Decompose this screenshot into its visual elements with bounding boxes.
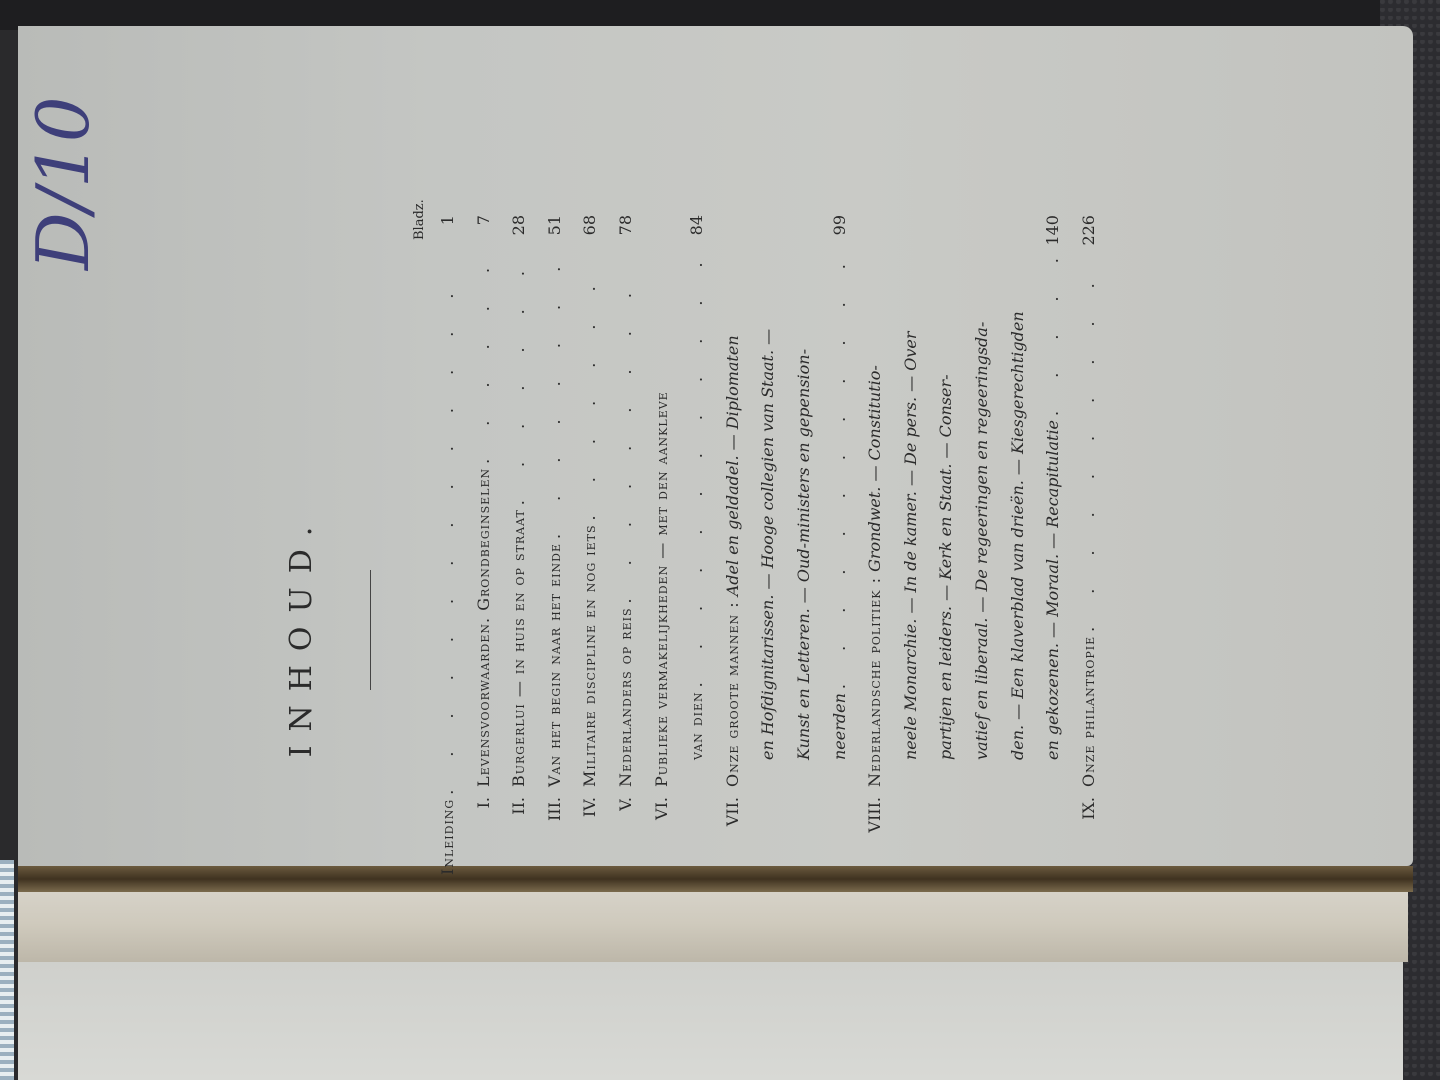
leader-dots: . . . . . . . . . . . . . . . . . . . . … [501, 259, 537, 505]
toc-entry-label: Van het begin naar het einde [537, 543, 573, 787]
toc-entry-continuation: en Hofdignitarissen. — Hooge collegien v… [750, 215, 786, 875]
toc-entry-numeral: VII. [715, 787, 751, 875]
toc-entry-label: Nederlanders op reis [608, 608, 644, 788]
leader-dots: . . . . . . . . . . . . . . . . . . . . … [537, 259, 573, 539]
leader-dots: . . . . . . . . . . . . . . . . . . . . … [1035, 259, 1071, 416]
toc-entry-subtitle: en gekozenen. — Moraal. — Recapitulatie [1035, 420, 1071, 760]
book-spine-fold [18, 892, 1408, 962]
toc-entry-label: Burgerlui — in huis en op straat [501, 509, 537, 787]
toc-list: Inleiding . . . . . . . . . . . . . . . … [430, 215, 1106, 875]
toc-entry-subtitle: Kunst en Letteren. — Oud-ministers en ge… [786, 349, 822, 760]
toc-entry-label: Onze philantropie [1071, 636, 1107, 787]
toc-entry: II. Burgerlui — in huis en op straat . .… [501, 215, 537, 875]
toc-entry-continuation: Kunst en Letteren. — Oud-ministers en ge… [786, 215, 822, 875]
page-title: INHOUD. [280, 395, 319, 875]
toc-entry-label: Militaire discipline en nog iets [572, 524, 608, 787]
toc-entry-continuation: vatief en liberaal. — De regeeringen en … [964, 215, 1000, 875]
toc-entry-numeral: III. [537, 787, 573, 875]
leader-dots: . . . . . . . . . . . . . . . . . . . . … [466, 259, 502, 464]
toc-entry: I. Levensvoorwaarden. Grondbeginselen . … [466, 215, 502, 875]
toc-entry-numeral: IV. [572, 787, 608, 875]
handwritten-shelfmark: D/10 [0, 160, 138, 270]
toc-entry-page: 7 [466, 215, 502, 255]
toc-entry-page: 99 [822, 215, 858, 255]
toc-entry-page: 28 [501, 215, 537, 255]
facing-page [18, 962, 1403, 1080]
toc-entry-continuation: neele Monarchie. — In de kamer. — De per… [893, 215, 929, 875]
toc-entry-page: 84 [679, 215, 715, 255]
toc-entry-label: Nederlandsche politiek : [857, 577, 893, 787]
toc-entry-label: Onze groote mannen : [715, 601, 751, 787]
toc-entry-page: 226 [1071, 215, 1107, 255]
toc-entry-numeral: V. [608, 787, 644, 875]
toc-entry-label: Inleiding [430, 799, 466, 875]
toc-entry-continuation: den. — Een klaverblad van drieën. — Kies… [1000, 215, 1036, 875]
toc-entry-continuation: neerden . . . . . . . . . . . . . . . . … [822, 215, 858, 875]
toc-entry-subtitle: Adel en geldadel. — Diplomaten [715, 335, 751, 596]
toc-entry-page: 1 [430, 215, 466, 255]
toc-entry-subtitle: partijen en leiders. — Kerk en Staat. — … [928, 374, 964, 760]
toc-entry-numeral: II. [501, 787, 537, 875]
table-of-contents: INHOUD. Bladz. Inleiding . . . . . . . .… [280, 15, 1040, 875]
toc-entry: III. Van het begin naar het einde . . . … [537, 215, 573, 875]
toc-entry-continuation: en gekozenen. — Moraal. — Recapitulatie … [1035, 215, 1071, 875]
toc-entry-numeral: IX. [1071, 787, 1107, 875]
leader-dots: . . . . . . . . . . . . . . . . . . . . … [679, 259, 715, 687]
leader-dots: . . . . . . . . . . . . . . . . . . . . … [608, 259, 644, 604]
toc-entry: V. Nederlanders op reis . . . . . . . . … [608, 215, 644, 875]
toc-entry: VII. Onze groote mannen : Adel en geldad… [715, 215, 751, 875]
toc-entry: VI. Publieke vermakelijkheden — met den … [644, 215, 680, 875]
toc-entry-page: 140 [1035, 215, 1071, 255]
leader-dots: . . . . . . . . . . . . . . . . . . . . … [1071, 259, 1107, 632]
toc-entry-label: Levensvoorwaarden. Grondbeginselen [466, 468, 502, 787]
leader-dots: . . . . . . . . . . . . . . . . . . . . … [430, 259, 466, 795]
toc-entry-subtitle: en Hofdignitarissen. — Hooge collegien v… [750, 329, 786, 760]
leader-dots: . . . . . . . . . . . . . . . . . . . . … [572, 259, 608, 520]
book-cover-edge [0, 860, 14, 1080]
toc-entry-subtitle: Grondwet. — Constitutio- [857, 365, 893, 572]
toc-entry-continuation: van dien . . . . . . . . . . . . . . . .… [679, 215, 715, 875]
toc-entry-subtitle: den. — Een klaverblad van drieën. — Kies… [1000, 311, 1036, 760]
toc-entry-label: van dien [679, 691, 715, 760]
toc-entry-page: 68 [572, 215, 608, 255]
toc-entry-subtitle: vatief en liberaal. — De regeeringen en … [964, 322, 1000, 760]
toc-entry-numeral: VI. [644, 787, 680, 875]
page-column-header: Bladz. [412, 199, 427, 240]
toc-entry-page: 51 [537, 215, 573, 255]
toc-entry: IX. Onze philantropie . . . . . . . . . … [1071, 215, 1107, 875]
toc-entry: Inleiding . . . . . . . . . . . . . . . … [430, 215, 466, 875]
toc-entry: VIII. Nederlandsche politiek : Grondwet.… [857, 215, 893, 875]
toc-entry-label: Publieke vermakelijkheden — met den aank… [644, 391, 680, 787]
leader-dots: . . . . . . . . . . . . . . . . . . . . … [822, 259, 858, 689]
toc-entry-subtitle: neerden [822, 693, 858, 760]
toc-entry-numeral: VIII. [857, 787, 893, 875]
toc-entry-page: 78 [608, 215, 644, 255]
toc-entry-subtitle: neele Monarchie. — In de kamer. — De per… [893, 331, 929, 760]
toc-entry-continuation: partijen en leiders. — Kerk en Staat. — … [928, 215, 964, 875]
toc-entry-numeral: I. [466, 787, 502, 875]
title-rule [370, 570, 371, 690]
toc-entry: IV. Militaire discipline en nog iets . .… [572, 215, 608, 875]
